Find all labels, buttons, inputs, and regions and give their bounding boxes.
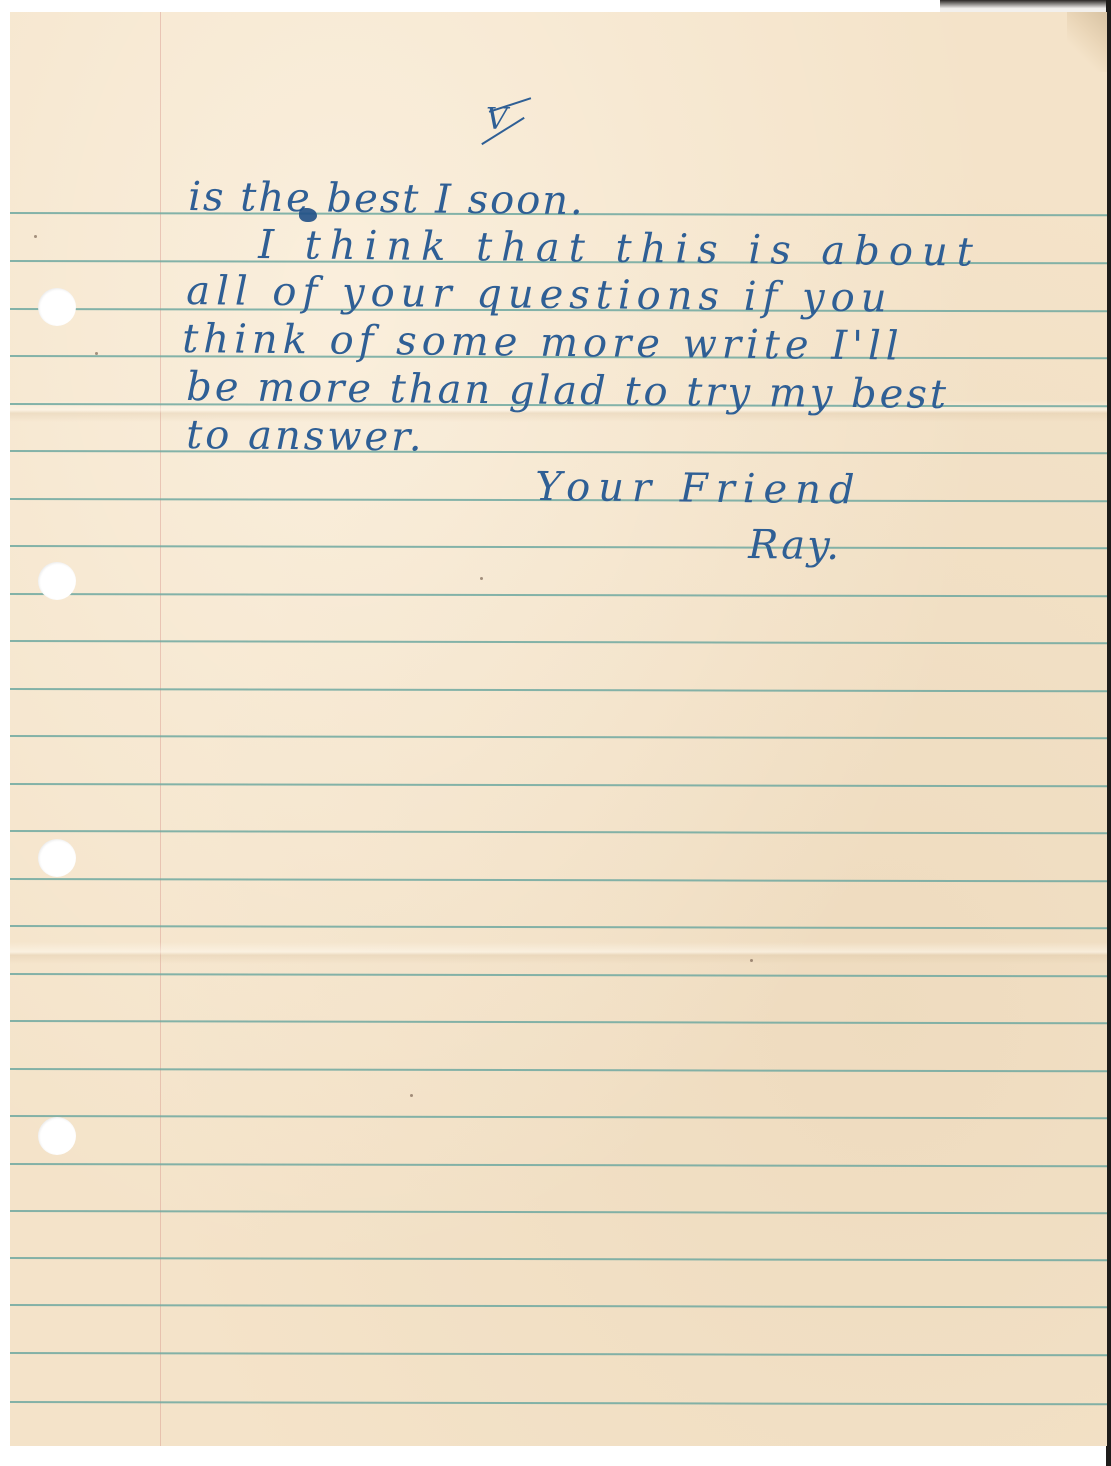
letter-line-3: all of your questions if you [186, 268, 893, 321]
scanner-edge-top [940, 0, 1111, 12]
letter-line-4: think of some more write I'll [182, 316, 904, 370]
punch-hole [38, 288, 76, 326]
ruled-line [10, 1115, 1107, 1119]
paper-speck [95, 352, 98, 355]
letter-closing: Your Friend [535, 464, 863, 513]
ruled-line [10, 1257, 1107, 1261]
paper-speck [410, 1094, 413, 1097]
ruled-line [10, 1352, 1107, 1356]
letter-signature: Ray. [748, 522, 841, 569]
ruled-line [10, 925, 1107, 929]
corner-fold [1067, 12, 1107, 72]
punch-hole [38, 562, 76, 600]
fold-crease [10, 942, 1107, 964]
punch-hole [38, 1117, 76, 1155]
ruled-line [10, 450, 1107, 454]
ruled-line [10, 688, 1107, 692]
ruled-line [10, 1401, 1107, 1405]
margin-line [160, 12, 161, 1446]
letter-line-1: is the best I soon. [188, 174, 585, 224]
ruled-line [10, 640, 1107, 644]
letter-page: V is the best I soon. I think that this … [10, 12, 1107, 1446]
ruled-line [10, 735, 1107, 739]
punch-hole [38, 839, 76, 877]
ruled-line [10, 830, 1107, 834]
ruled-line [10, 1163, 1107, 1167]
ruled-line [10, 593, 1107, 597]
ruled-line [10, 1304, 1107, 1308]
paper-speck [480, 577, 483, 580]
ruled-line [10, 1210, 1107, 1214]
letter-line-6: to answer. [186, 412, 425, 460]
ruled-line [10, 783, 1107, 787]
letter-line-5: be more than glad to try my best [186, 364, 949, 418]
ruled-line [10, 878, 1107, 882]
ink-blot [299, 208, 317, 222]
ruled-line [10, 1020, 1107, 1024]
ruled-line [10, 973, 1107, 977]
letter-line-2: I think that this is about [258, 222, 982, 276]
paper-speck [750, 959, 753, 962]
ruled-line [10, 545, 1107, 549]
ruled-line [10, 1068, 1107, 1072]
paper-speck [34, 235, 37, 238]
page-number-marker: V [486, 102, 508, 137]
